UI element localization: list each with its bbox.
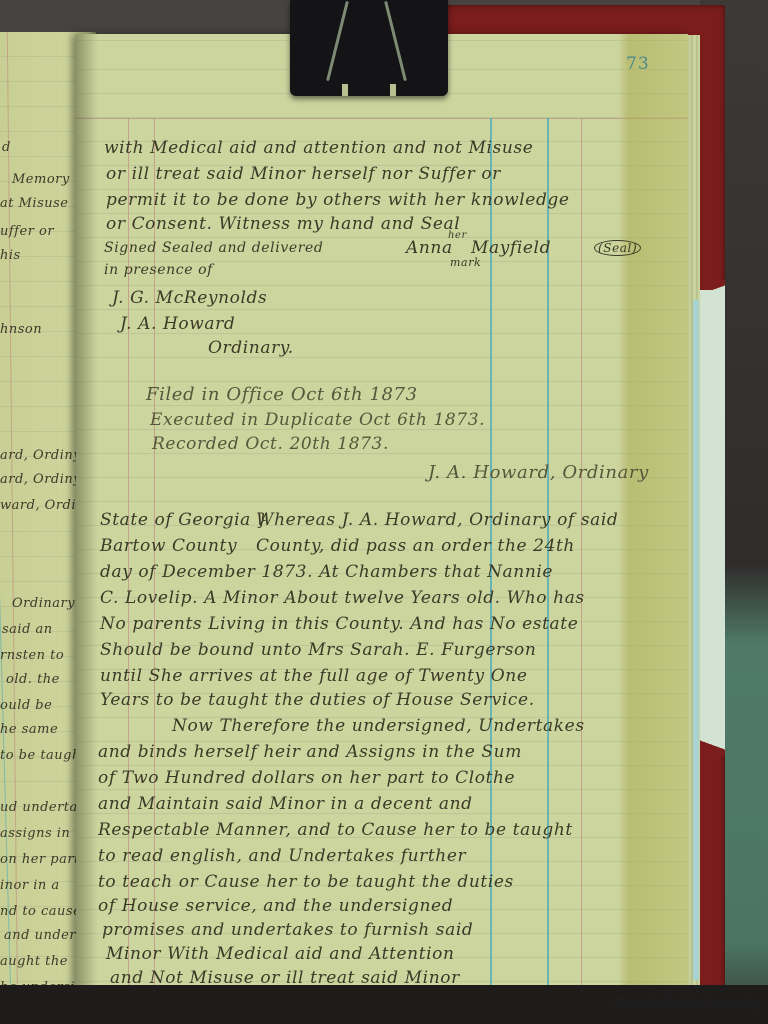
- clip-wire-right: [384, 1, 407, 81]
- signer-mark-her: her: [448, 230, 467, 241]
- executed-note: Executed in Duplicate Oct 6th 1873.: [150, 410, 485, 430]
- left-page-fragment: hnson: [0, 322, 42, 337]
- cover-cloth-spine: [700, 290, 725, 740]
- witness-1: J. G. McReynolds: [112, 288, 267, 308]
- left-page-fragment: said an: [2, 622, 53, 637]
- page-curve-shade: [618, 34, 688, 999]
- entry-line: County, did pass an order the 24th: [256, 536, 575, 556]
- entry-line: to teach or Cause her to be taught the d…: [98, 872, 514, 892]
- left-page-fragment: inor in a: [0, 878, 60, 893]
- binder-clip: [290, 0, 448, 96]
- ordinary-signature: J. A. Howard, Ordinary: [428, 462, 649, 483]
- left-page-fragment: ward, Ordin: [0, 498, 85, 513]
- signer-first-name: Anna: [406, 238, 453, 258]
- entry-line: Now Therefore the undersigned, Undertake…: [172, 716, 585, 736]
- entry-line: Years to be taught the duties of House S…: [100, 690, 535, 710]
- ledger-page: 73 with Medical aid and attention and no…: [76, 34, 688, 999]
- filed-note: Filed in Office Oct 6th 1873: [146, 384, 418, 405]
- heading-county: Bartow County: [100, 536, 237, 556]
- entry-line: day of December 1873. At Chambers that N…: [100, 562, 553, 582]
- signer-last-name: Mayfield: [471, 238, 551, 258]
- entry-line: permit it to be done by others with her …: [106, 190, 570, 210]
- entry-line: promises and undertakes to furnish said: [102, 920, 473, 940]
- left-page-fragment: on her part: [0, 852, 80, 867]
- entry-line: Respectable Manner, and to Cause her to …: [98, 820, 573, 840]
- page-fore-edge: [693, 300, 699, 980]
- witness-2-title: Ordinary.: [208, 338, 294, 358]
- entry-line: Minor With Medical aid and Attention: [106, 944, 455, 964]
- page-number: 73: [626, 54, 650, 74]
- left-page-fragment: nd to cause: [0, 904, 81, 919]
- recorded-note: Recorded Oct. 20th 1873.: [152, 434, 389, 454]
- entry-line: with Medical aid and attention and not M…: [104, 138, 533, 158]
- entry-line: until She arrives at the full age of Twe…: [100, 666, 528, 686]
- entry-line: of House service, and the undersigned: [98, 896, 453, 916]
- left-page-fragment: ard, Ordiny: [0, 448, 81, 463]
- entry-line: C. Lovelip. A Minor About twelve Years o…: [100, 588, 585, 608]
- entry-line: or Consent. Witness my hand and Seal: [106, 214, 460, 234]
- left-page-fragment: ard, Ordiny: [0, 472, 81, 487]
- clip-notch: [342, 84, 348, 96]
- in-presence-label: in presence of: [104, 262, 213, 278]
- cover-corner-bottom: [700, 735, 725, 755]
- left-page-fragment: d: [2, 140, 11, 155]
- entry-line: of Two Hundred dollars on her part to Cl…: [98, 768, 515, 788]
- left-page-column-rule: [0, 512, 12, 1024]
- entry-line: or ill treat said Minor herself nor Suff…: [106, 164, 501, 184]
- header-rule: [76, 118, 688, 119]
- left-page-fragment: Memory: [12, 172, 70, 187]
- watermark: ©www.GaBartow.org: [612, 995, 759, 1011]
- clip-wire-left: [326, 1, 349, 81]
- left-page-fragment: his: [0, 248, 21, 263]
- entry-line: and Maintain said Minor in a decent and: [98, 794, 473, 814]
- left-page-fragment: at Misuse: [0, 196, 68, 211]
- column-rule-3: [581, 118, 582, 999]
- heading-state: State of Georgia }: [100, 510, 268, 530]
- left-page-fragment: Ordinary: [12, 596, 75, 611]
- left-page-fragment: uffer or: [0, 224, 54, 239]
- entry-line: Should be bound unto Mrs Sarah. E. Furge…: [100, 640, 536, 660]
- left-page-fragment: old. the: [6, 672, 60, 687]
- clip-notch: [390, 84, 396, 96]
- left-page-fragment: assigns in: [0, 826, 70, 841]
- left-page-fragment: to be taught: [0, 748, 87, 763]
- seal-mark: (Seal): [594, 240, 641, 256]
- left-page-fragment: rnsten to: [0, 648, 64, 663]
- left-page-fragment: ud undertak: [0, 800, 86, 815]
- gutter-shade: [76, 34, 98, 999]
- entry-line: No parents Living in this County. And ha…: [100, 614, 578, 634]
- witness-2: J. A. Howard: [120, 314, 235, 334]
- entry-line: to read english, and Undertakes further: [98, 846, 466, 866]
- left-page-fragment: he same: [0, 722, 58, 737]
- entry-line: Whereas J. A. Howard, Ordinary of said: [256, 510, 618, 530]
- signed-sealed-label: Signed Sealed and delivered: [104, 240, 323, 256]
- entry-line: and binds herself heir and Assigns in th…: [98, 742, 522, 762]
- signer-mark-label: mark: [450, 256, 481, 269]
- left-page-fragment: ould be: [0, 698, 52, 713]
- left-page-fragment: aught the: [0, 954, 68, 969]
